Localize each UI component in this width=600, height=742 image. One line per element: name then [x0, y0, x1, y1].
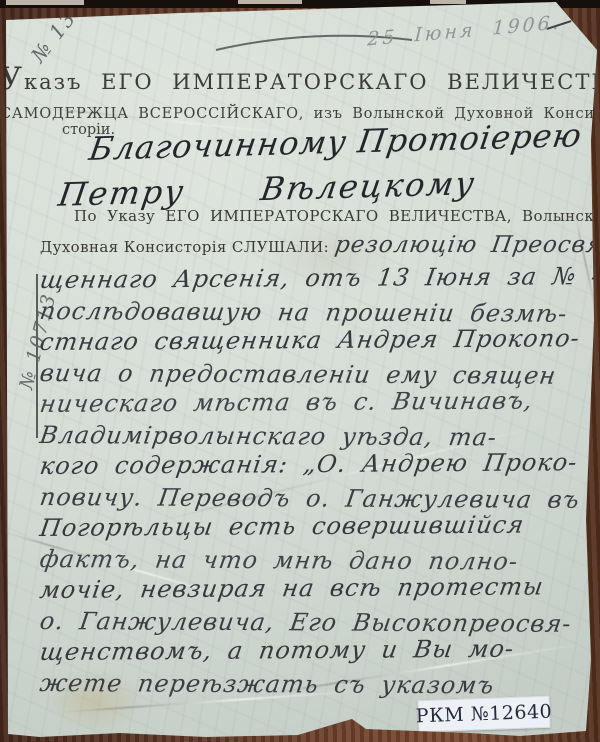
manuscript-line: мочіе, невзирая на всѣ протесты — [38, 571, 595, 606]
edge-fleck — [6, 0, 84, 5]
archive-label: РКМ №12640 — [417, 696, 550, 733]
archive-label-text: РКМ №12640 — [415, 701, 552, 728]
decree-title: Указъ ЕГО ИМПЕРАТОРСКАГО ВЕЛИЧЕСТВА, САМ… — [0, 62, 600, 122]
decree-title-line1: Указъ ЕГО ИМПЕРАТОРСКАГО ВЕЛИЧЕСТВА, — [0, 62, 600, 97]
preamble-line1: По Указу ЕГО ИМПЕРАТОРСКАГО ВЕЛИЧЕСТВА, … — [40, 203, 592, 230]
decree-title-line1-rest: ЕГО ИМПЕРАТОРСКАГО ВЕЛИЧЕСТВА, — [101, 70, 600, 94]
preamble-printed: Духовная Консисторія СЛУШАЛИ: — [40, 238, 329, 256]
manuscript-line: щеннаго Арсенія, отъ 13 Іюня за № 4721, — [38, 261, 595, 296]
manuscript-inline: резолюцію Преосвя- — [333, 230, 600, 261]
addressee-block: Благочинному Протоіерею Петру Вѣлецкому — [0, 116, 600, 216]
decree-word-ukaz: Указъ — [0, 62, 82, 97]
edge-fleck — [238, 0, 302, 4]
decree-body: По Указу ЕГО ИМПЕРАТОРСКАГО ВЕЛИЧЕСТВА, … — [40, 203, 592, 699]
manuscript-line: стнаго священника Андрея Прокопо- — [38, 323, 595, 358]
pencil-date: 25 Іюня 1906. — [367, 11, 562, 50]
manuscript-line: ническаго мѣста въ с. Вичинавъ, — [38, 385, 595, 420]
manuscript-line: щенствомъ, а потому и Вы мо- — [38, 633, 595, 668]
document-paper: № 132. 25 Іюня 1906. Указъ ЕГО ИМПЕРАТОР… — [0, 0, 600, 742]
photo-frame: № 132. 25 Іюня 1906. Указъ ЕГО ИМПЕРАТОР… — [0, 0, 600, 742]
manuscript-line: Погорѣльцы есть совершившійся — [38, 509, 595, 544]
corner-number: № 132. — [26, 0, 95, 67]
manuscript-body: щеннаго Арсенія, отъ 13 Іюня за № 4721, … — [40, 265, 592, 699]
preamble-line2: Духовная Консисторія СЛУШАЛИ:резолюцію П… — [40, 230, 592, 263]
manuscript-line: кого содержанія: „О. Андрею Проко- — [38, 447, 595, 482]
edge-fleck — [430, 0, 466, 4]
